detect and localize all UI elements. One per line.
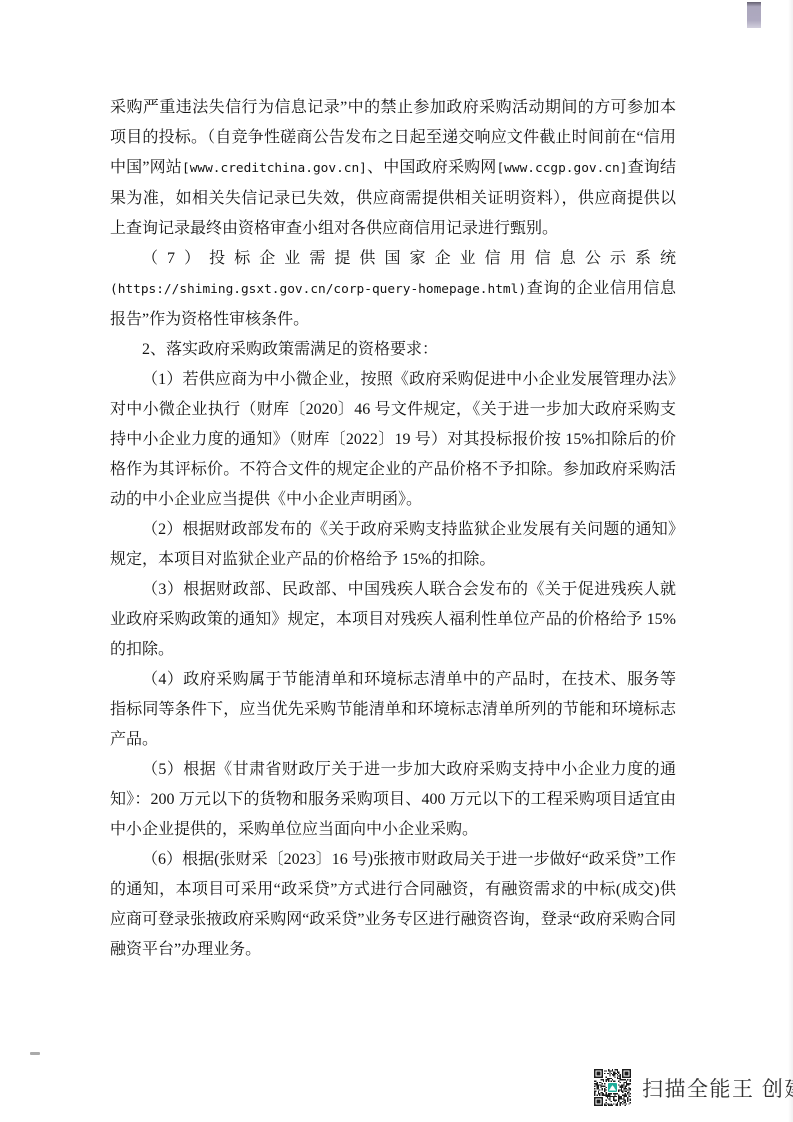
paragraph: （7）投标企业需提供国家企业信用信息公示系统(https://shiming.g… (110, 244, 676, 335)
paragraph-text: （2）根据财政部发布的《关于政府采购支持监狱企业发展有关问题的通知》规定，本项目… (110, 521, 676, 568)
paragraph: 采购严重违法失信行为信息记录”中的禁止参加政府采购活动期间的方可参加本项目的投标… (110, 93, 676, 244)
paragraph: （1）若供应商为中小微企业，按照《政府采购促进中小企业发展管理办法》对中小微企业… (110, 365, 676, 515)
paragraph-text: （7）投标企业需提供国家企业信用信息公示系统 (142, 250, 676, 267)
paragraph: （3）根据财政部、民政部、中国残疾人联合会发布的《关于促进残疾人就业政府采购政策… (110, 575, 676, 665)
paragraph: 2、落实政府采购政策需满足的资格要求： (110, 335, 676, 365)
paragraph-text: （6）根据(张财采〔2023〕16 号)张掖市财政局关于进一步做好“政采贷”工作… (110, 851, 676, 958)
url-text: [www.creditchina.gov.cn] (182, 161, 367, 176)
scanned-document-page: { "page": { "background": "#ffffff", "te… (0, 0, 793, 1122)
scan-watermark: 扫描全能王 创建 (594, 1069, 793, 1106)
paragraph-text: （1）若供应商为中小微企业，按照《政府采购促进中小企业发展管理办法》对中小微企业… (110, 371, 676, 508)
url-text: [www.ccgp.gov.cn] (496, 161, 627, 176)
scan-artifact-top-right (747, 2, 761, 28)
paragraph-text: （5）根据《甘肃省财政厅关于进一步加大政府采购支持中小企业力度的通知》：200 … (110, 761, 676, 838)
paragraph-text: 、中国政府采购网 (367, 159, 497, 176)
paragraph: （2）根据财政部发布的《关于政府采购支持监狱企业发展有关问题的通知》规定，本项目… (110, 515, 676, 575)
document-body: 采购严重违法失信行为信息记录”中的禁止参加政府采购活动期间的方可参加本项目的投标… (110, 93, 676, 965)
paragraph: （6）根据(张财采〔2023〕16 号)张掖市财政局关于进一步做好“政采贷”工作… (110, 845, 676, 965)
paragraph: （4）政府采购属于节能清单和环境标志清单中的产品时，在技术、服务等指标同等条件下… (110, 665, 676, 755)
qr-code-icon (594, 1069, 631, 1106)
url-text: (https://shiming.gsxt.gov.cn/corp-query-… (110, 282, 526, 297)
scan-artifact-dash (30, 1052, 40, 1055)
paragraph-text: （4）政府采购属于节能清单和环境标志清单中的产品时，在技术、服务等指标同等条件下… (110, 671, 676, 748)
scan-edge-shading (788, 0, 793, 1122)
paragraph: （5）根据《甘肃省财政厅关于进一步加大政府采购支持中小企业力度的通知》：200 … (110, 755, 676, 845)
scan-credit-label: 扫描全能王 创建 (642, 1073, 793, 1103)
paragraph-text: （3）根据财政部、民政部、中国残疾人联合会发布的《关于促进残疾人就业政府采购政策… (110, 581, 676, 658)
paragraph-text: 2、落实政府采购政策需满足的资格要求： (142, 341, 438, 358)
